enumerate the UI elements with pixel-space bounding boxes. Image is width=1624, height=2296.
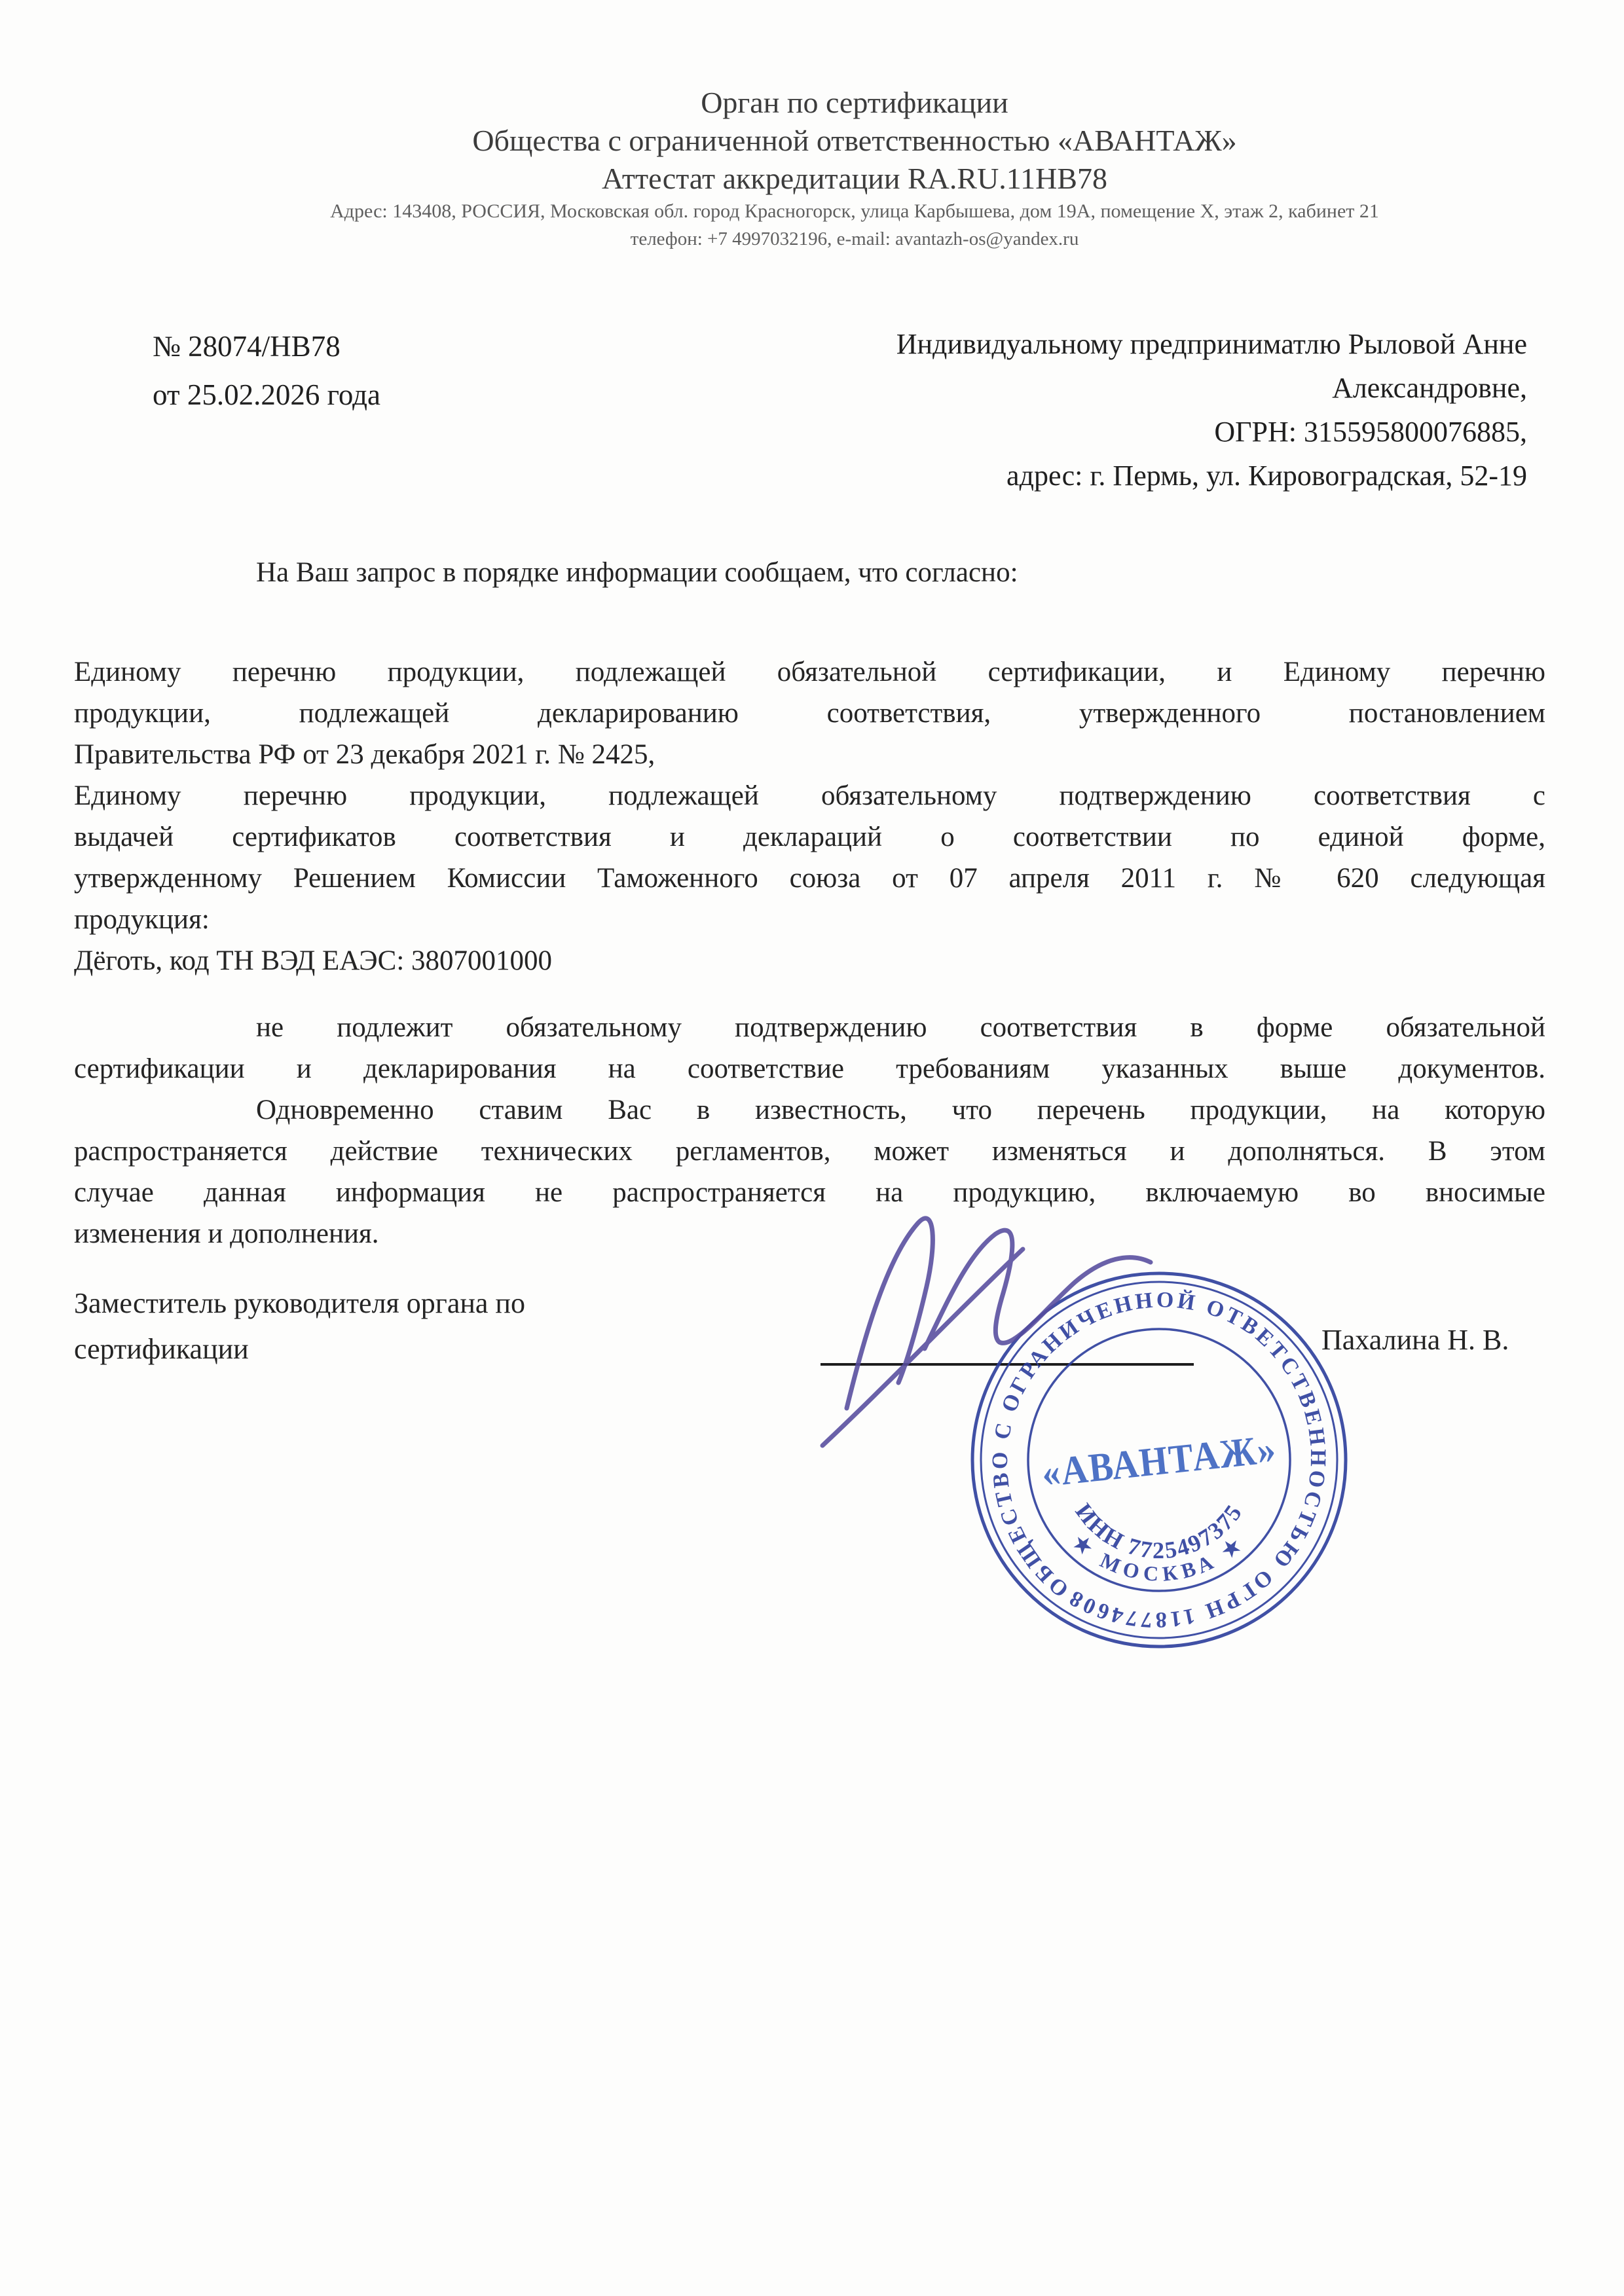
scanned-letter-page: Орган по сертификации Общества с огранич… <box>0 0 1624 2296</box>
handwritten-signature <box>773 1192 1231 1486</box>
conclusion-paragraph: не подлежит обязательному подтверждению … <box>74 1007 1545 1089</box>
body-line: распространяется действие технических ре… <box>74 1131 1545 1172</box>
body-line: Единому перечню продукции, подлежащей об… <box>74 651 1545 693</box>
signature-stroke <box>925 1230 1151 1349</box>
signer-title: Заместитель руководителя органа по серти… <box>74 1281 525 1372</box>
intro-paragraph: На Ваш запрос в порядке информации сообщ… <box>74 552 1545 593</box>
signature-stroke <box>822 1249 1023 1446</box>
letter-date: от 25.02.2026 года <box>153 371 380 419</box>
org-name-line2: Общества с ограниченной ответственностью… <box>85 122 1624 160</box>
body-line: Одновременно ставим Вас в известность, ч… <box>74 1089 1545 1131</box>
body-line: не подлежит обязательному подтверждению … <box>74 1007 1545 1048</box>
letterhead: Орган по сертификации Общества с огранич… <box>85 84 1624 253</box>
org-name-line1: Орган по сертификации <box>85 84 1624 122</box>
recipient-block: Индивидуальному предприниматлю Рыловой А… <box>709 322 1527 498</box>
signer-title-line: Заместитель руководителя органа по <box>74 1281 525 1326</box>
regulations-paragraph: Единому перечню продукции, подлежащей об… <box>74 651 1545 981</box>
body-line: продукция: <box>74 899 1545 940</box>
body-line: Единому перечню продукции, подлежащей об… <box>74 775 1545 816</box>
signer-title-line: сертификации <box>74 1326 525 1372</box>
org-address-line: Адрес: 143408, РОССИЯ, Московская обл. г… <box>85 198 1624 225</box>
intro-line: На Ваш запрос в порядке информации сообщ… <box>74 552 1545 593</box>
body-line: выдачей сертификатов соответствия и декл… <box>74 816 1545 858</box>
product-line: Дёготь, код ТН ВЭД ЕАЭС: 3807001000 <box>74 940 1545 981</box>
letter-number: № 28074/НВ78 <box>153 322 380 371</box>
body-line: продукции, подлежащей декларированию соо… <box>74 693 1545 734</box>
body-line: сертификации и декларирования на соответ… <box>74 1048 1545 1089</box>
signature-strokes <box>822 1218 1151 1446</box>
body-line: Правительства РФ от 23 декабря 2021 г. №… <box>74 734 1545 775</box>
recipient-line: ОГРН: 315595800076885, <box>709 410 1527 454</box>
body-line: утвержденному Решением Комиссии Таможенн… <box>74 858 1545 899</box>
reference-block: № 28074/НВ78 от 25.02.2026 года <box>153 322 380 419</box>
recipient-line: адрес: г. Пермь, ул. Кировоградская, 52-… <box>709 454 1527 498</box>
accreditation-line: Аттестат аккредитации RA.RU.11НВ78 <box>85 160 1624 198</box>
recipient-line: Индивидуальному предприниматлю Рыловой А… <box>709 322 1527 366</box>
org-contact-line: телефон: +7 4997032196, e-mail: avantazh… <box>85 225 1624 253</box>
recipient-line: Александровне, <box>709 366 1527 410</box>
